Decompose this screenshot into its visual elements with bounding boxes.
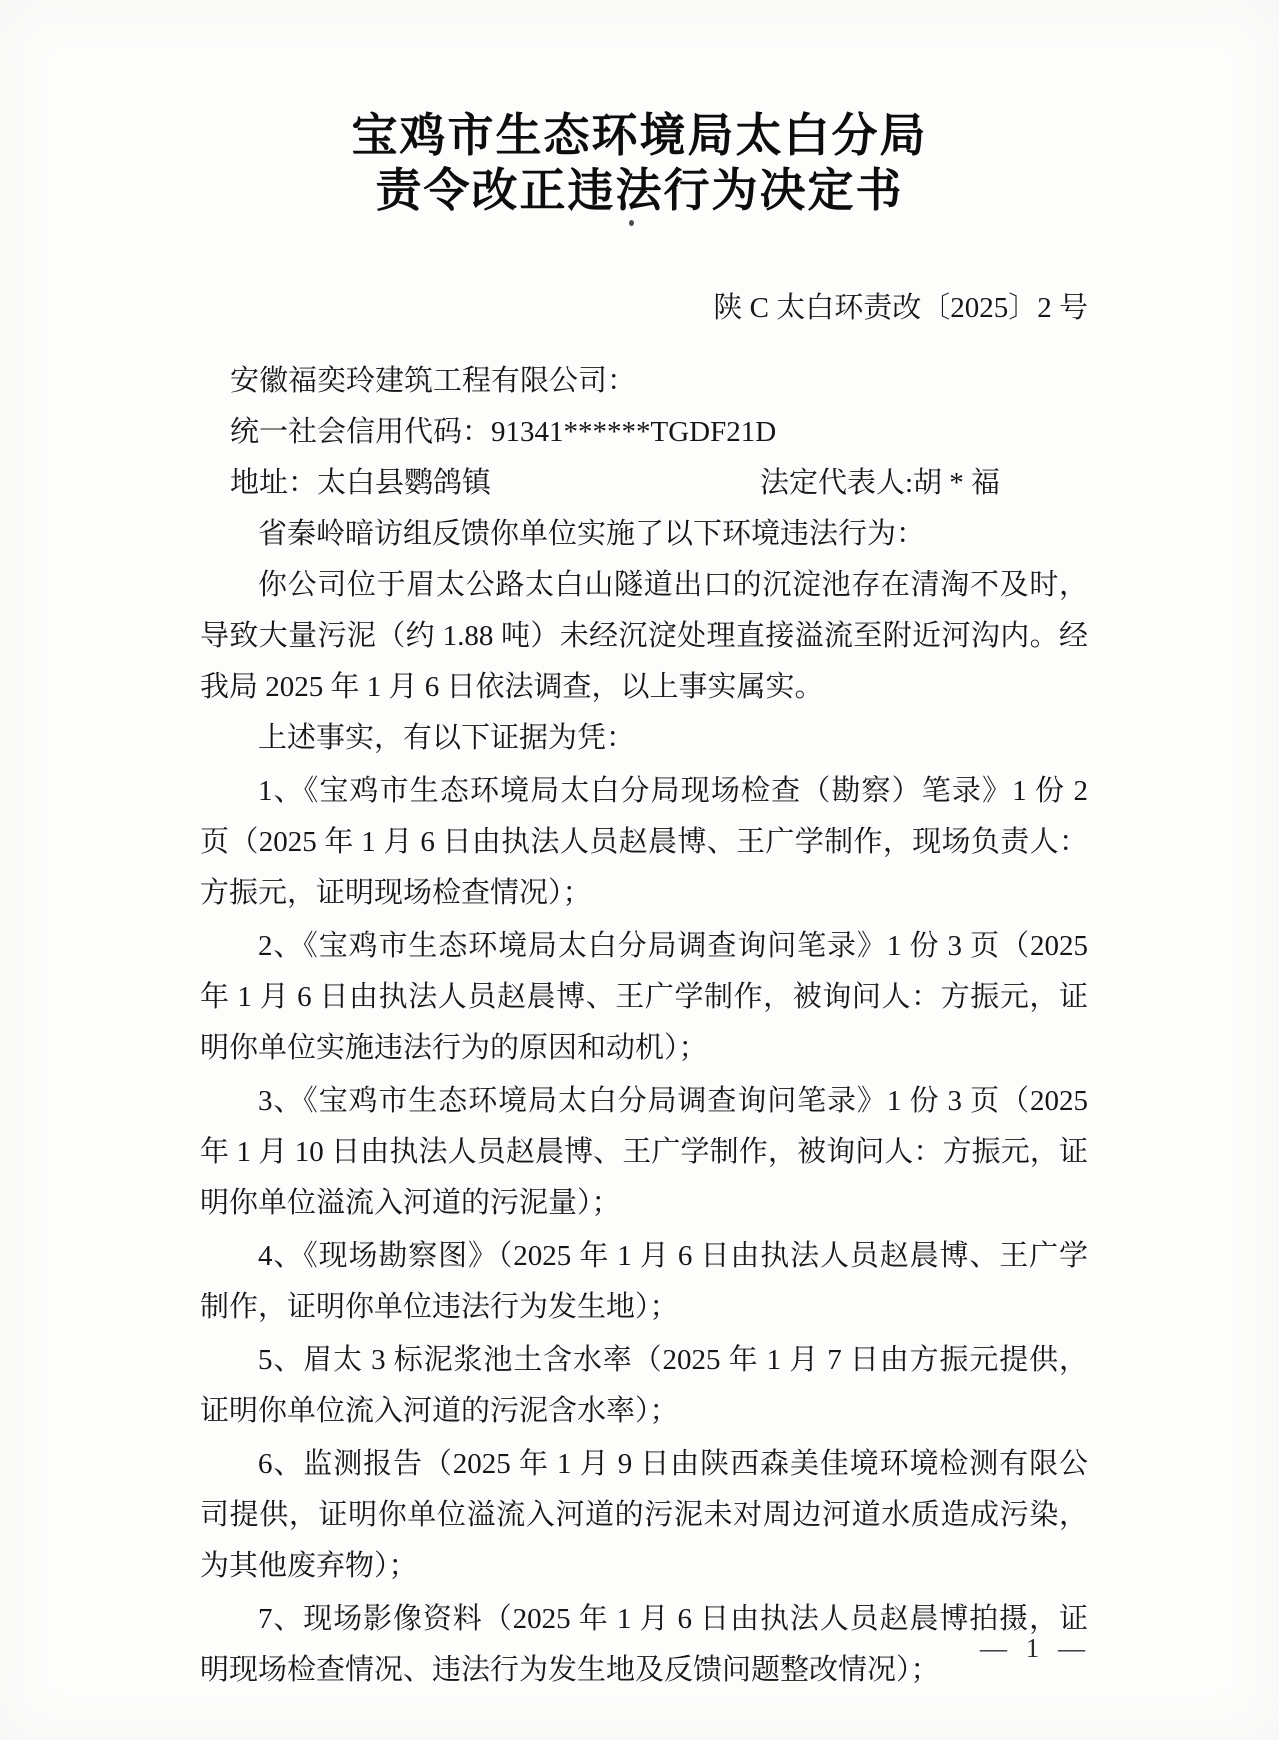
notice-line: 省秦岭暗访组反馈你单位实施了以下环境违法行为： — [200, 509, 1088, 560]
page-number: — 1 — — [980, 1633, 1091, 1664]
evidence-item-4: 4、《现场勘察图》（2025 年 1 月 6 日由执法人员赵晨博、王广学制作，证… — [200, 1231, 1088, 1333]
credit-code: 统一社会信用代码：91341******TGDF21D — [230, 407, 1088, 458]
evidence-list: 1、《宝鸡市生态环境局太白分局现场检查（勘察）笔录》1 份 2 页（2025 年… — [200, 766, 1088, 1696]
address-row: 地址：太白县鹦鸽镇 法定代表人:胡 * 福 — [230, 458, 1088, 509]
evidence-item-1: 1、《宝鸡市生态环境局太白分局现场检查（勘察）笔录》1 份 2 页（2025 年… — [200, 766, 1088, 919]
document-body: 陕 C 太白环责改〔2025〕2 号 安徽福奕玲建筑工程有限公司： 统一社会信用… — [200, 283, 1088, 1696]
evidence-item-3: 3、《宝鸡市生态环境局太白分局调查询问笔录》1 份 3 页（2025 年 1 月… — [200, 1076, 1088, 1229]
evidence-item-6: 6、监测报告（2025 年 1 月 9 日由陕西森美佳境环境检测有限公司提供，证… — [200, 1439, 1088, 1592]
document-number: 陕 C 太白环责改〔2025〕2 号 — [200, 283, 1088, 334]
facts-paragraph: 你公司位于眉太公路太白山隧道出口的沉淀池存在清淘不及时，导致大量污泥（约 1.8… — [200, 560, 1088, 713]
evidence-item-5: 5、眉太 3 标泥浆池土含水率（2025 年 1 月 7 日由方振元提供，证明你… — [200, 1335, 1088, 1437]
legal-representative: 法定代表人:胡 * 福 — [760, 458, 1088, 509]
document-page: 宝鸡市生态环境局太白分局 责令改正违法行为决定书 陕 C 太白环责改〔2025〕… — [0, 0, 1279, 1740]
recipient-block: 安徽福奕玲建筑工程有限公司： 统一社会信用代码：91341******TGDF2… — [200, 356, 1088, 509]
document-title: 宝鸡市生态环境局太白分局 责令改正违法行为决定书 — [0, 108, 1279, 218]
title-line-1: 宝鸡市生态环境局太白分局 — [0, 108, 1279, 163]
scan-speck — [629, 220, 634, 226]
address: 地址：太白县鹦鸽镇 — [230, 458, 491, 509]
evidence-lead: 上述事实，有以下证据为凭： — [200, 713, 1088, 764]
title-line-2: 责令改正违法行为决定书 — [0, 163, 1279, 218]
recipient-name: 安徽福奕玲建筑工程有限公司： — [230, 356, 1088, 407]
evidence-item-7: 7、现场影像资料（2025 年 1 月 6 日由执法人员赵晨博拍摄，证明现场检查… — [200, 1594, 1088, 1696]
evidence-item-2: 2、《宝鸡市生态环境局太白分局调查询问笔录》1 份 3 页（2025 年 1 月… — [200, 921, 1088, 1074]
